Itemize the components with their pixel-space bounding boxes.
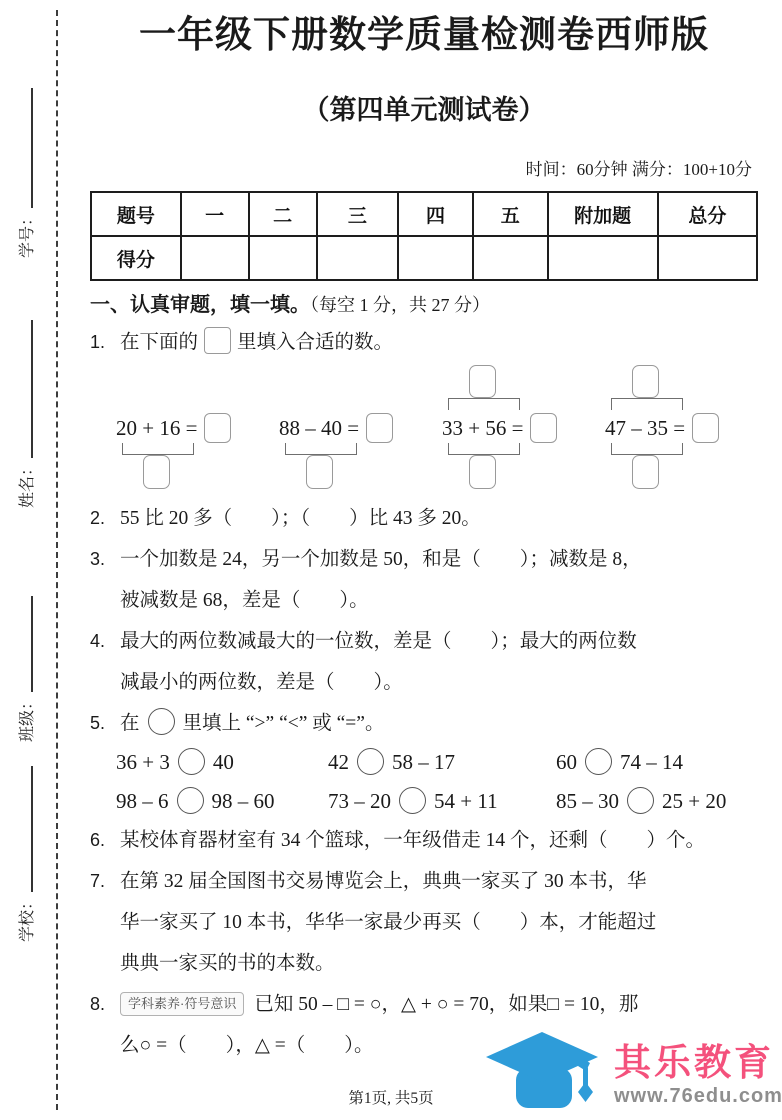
- decompose-brace-bottom: [611, 443, 683, 455]
- question-4-number: 4.: [90, 621, 120, 662]
- score-table: 题号 一 二 三 四 五 附加题 总分 得分: [90, 191, 758, 281]
- decompose-brace-bottom: [448, 443, 520, 455]
- question-3-text-line2: 被减数是 68，差是（ ）。: [90, 580, 758, 621]
- question-7-number: 7.: [90, 861, 120, 902]
- question-3-number: 3.: [90, 539, 120, 580]
- decompose-brace-bottom: [285, 443, 357, 455]
- comparison-left: 60: [556, 750, 577, 774]
- comparison-fill-circle[interactable]: [399, 787, 426, 814]
- class-label: 班级：: [19, 694, 36, 742]
- col-one: 一: [181, 192, 249, 236]
- brand-url: www.76edu.com: [614, 1084, 782, 1108]
- equation-expression: 33 + 56 =: [442, 416, 523, 441]
- question-1-text-post: 里填入合适的数。: [237, 332, 393, 353]
- question-2: 2.55 比 20 多（ ）；（ ）比 43 多 20。: [90, 498, 758, 539]
- question-4-text-line2: 减最小的两位数，差是（ ）。: [90, 662, 758, 703]
- question-1-equations: 20 + 16 = 88 – 40 = 33 + 56 =: [90, 365, 758, 494]
- question-7: 7.在第 32 届全国图书交易博览会上，典典一家买了 30 本书，华: [90, 861, 758, 902]
- name-blank-line[interactable]: [17, 320, 33, 458]
- comparison-item: 6074 – 14: [556, 748, 758, 775]
- decompose-brace-top: [448, 398, 520, 410]
- question-5-number: 5.: [90, 703, 120, 744]
- student-id-label: 学号：: [19, 210, 36, 258]
- sidebar-field-name: 姓名：: [14, 320, 37, 508]
- question-number-label: 题号: [91, 192, 181, 236]
- question-2-number: 2.: [90, 498, 120, 539]
- comparison-right: 54 + 11: [434, 789, 498, 813]
- comparison-fill-circle[interactable]: [178, 748, 205, 775]
- graduation-cap-icon: [486, 1030, 604, 1116]
- paper-subtitle: （第四单元测试卷）: [90, 90, 758, 130]
- school-label: 学校：: [19, 894, 36, 942]
- equation-group-3: 33 + 56 =: [442, 365, 577, 494]
- question-2-text: 55 比 20 多（ ）；（ ）比 43 多 20。: [120, 508, 481, 529]
- fill-box[interactable]: [306, 455, 333, 489]
- section1-heading: 一、认真审题，填一填。（每空 1 分，共 27 分）: [90, 290, 758, 322]
- question-5: 5.在里填上 “>” “<” 或 “=”。: [90, 703, 758, 744]
- competency-badge: 学科素养·符号意识: [120, 992, 244, 1016]
- question-1-text-pre: 在下面的: [120, 332, 198, 353]
- equation-group-1: 20 + 16 =: [116, 365, 251, 494]
- paper-content: 一年级下册数学质量检测卷西师版 （第四单元测试卷） 时间：60分钟 满分：100…: [90, 12, 758, 1066]
- comparison-left: 73 – 20: [328, 789, 391, 813]
- question-4: 4.最大的两位数减最大的一位数，差是（ ）；最大的两位数: [90, 621, 758, 662]
- score-table-header-row: 题号 一 二 三 四 五 附加题 总分: [91, 192, 757, 236]
- score-cell[interactable]: [398, 236, 473, 280]
- decompose-brace-top: [611, 398, 683, 410]
- score-table-score-row: 得分: [91, 236, 757, 280]
- comparison-fill-circle[interactable]: [585, 748, 612, 775]
- equation-expression: 47 – 35 =: [605, 416, 685, 441]
- col-four: 四: [398, 192, 473, 236]
- col-total: 总分: [658, 192, 757, 236]
- section1-points-note: （每空 1 分，共 27 分）: [310, 295, 490, 315]
- question-7-text-line2: 华一家买了 10 本书，华华一家最少再买（ ）本，才能超过: [90, 902, 758, 943]
- score-cell[interactable]: [548, 236, 658, 280]
- comparison-item: 85 – 3025 + 20: [556, 787, 758, 814]
- answer-box[interactable]: [530, 413, 557, 443]
- col-two: 二: [249, 192, 317, 236]
- score-cell[interactable]: [249, 236, 317, 280]
- comparison-left: 98 – 6: [116, 789, 169, 813]
- question-7-text-line1: 在第 32 届全国图书交易博览会上，典典一家买了 30 本书，华: [120, 871, 647, 892]
- student-id-blank-line[interactable]: [17, 88, 33, 208]
- col-three: 三: [317, 192, 399, 236]
- question-5-comparisons: 36 + 340 4258 – 17 6074 – 14 98 – 698 – …: [90, 748, 758, 814]
- equation-expression: 20 + 16 =: [116, 416, 197, 441]
- fill-box[interactable]: [469, 365, 496, 398]
- question-8-number: 8.: [90, 984, 120, 1025]
- comparison-item: 4258 – 17: [328, 748, 556, 775]
- score-cell[interactable]: [317, 236, 399, 280]
- answer-box[interactable]: [366, 413, 393, 443]
- question-3-text-line1: 一个加数是 24，另一个加数是 50，和是（ ）；减数是 8，: [120, 549, 642, 570]
- sidebar-field-school: 学校：: [14, 766, 37, 942]
- equation-expression: 88 – 40 =: [279, 416, 359, 441]
- name-label: 姓名：: [19, 460, 36, 508]
- question-8: 8.学科素养·符号意识已知 50 – □ = ○，△ + ○ = 70，如果□ …: [90, 984, 758, 1025]
- comparison-right: 40: [213, 750, 234, 774]
- comparison-item: 98 – 698 – 60: [116, 787, 328, 814]
- comparison-right: 98 – 60: [212, 789, 275, 813]
- equation-group-2: 88 – 40 =: [279, 365, 414, 494]
- fill-box[interactable]: [469, 455, 496, 489]
- comparison-right: 25 + 20: [662, 789, 726, 813]
- col-bonus: 附加题: [548, 192, 658, 236]
- brand-logo: 其乐教育 www.76edu.com: [486, 1030, 782, 1116]
- paper-title: 一年级下册数学质量检测卷西师版: [90, 12, 758, 60]
- comparison-right: 74 – 14: [620, 750, 683, 774]
- fill-box[interactable]: [632, 455, 659, 489]
- fold-dashed-line: [56, 10, 58, 1110]
- comparison-item: 73 – 2054 + 11: [328, 787, 556, 814]
- question-6: 6.某校体育器材室有 34 个篮球，一年级借走 14 个，还剩（ ）个。: [90, 820, 758, 861]
- col-five: 五: [473, 192, 548, 236]
- school-blank-line[interactable]: [17, 766, 33, 892]
- question-3: 3.一个加数是 24，另一个加数是 50，和是（ ）；减数是 8，: [90, 539, 758, 580]
- inline-fill-circle[interactable]: [148, 708, 175, 735]
- comparison-item: 36 + 340: [116, 748, 328, 775]
- comparison-fill-circle[interactable]: [177, 787, 204, 814]
- question-7-text-line3: 典典一家买的书的本数。: [90, 943, 758, 984]
- score-label: 得分: [91, 236, 181, 280]
- answer-box[interactable]: [204, 413, 231, 443]
- sidebar-field-student-id: 学号：: [14, 88, 37, 258]
- class-blank-line[interactable]: [17, 596, 33, 692]
- question-6-number: 6.: [90, 820, 120, 861]
- question-5-text-post: 里填上 “>” “<” 或 “=”。: [183, 713, 385, 734]
- comparison-fill-circle[interactable]: [357, 748, 384, 775]
- question-8-text-line1: 已知 50 – □ = ○，△ + ○ = 70，如果□ = 10，那: [254, 994, 638, 1015]
- answer-box[interactable]: [692, 413, 719, 443]
- brand-name: 其乐教育: [614, 1042, 782, 1084]
- comparison-left: 36 + 3: [116, 750, 170, 774]
- time-score-meta: 时间：60分钟 满分：100+10分: [90, 158, 758, 182]
- decompose-brace-bottom: [122, 443, 194, 455]
- question-5-text-pre: 在: [120, 713, 140, 734]
- question-1: 1.在下面的里填入合适的数。: [90, 322, 758, 363]
- score-cell[interactable]: [181, 236, 249, 280]
- inline-fill-box[interactable]: [204, 327, 231, 354]
- sidebar-field-class: 班级：: [14, 596, 37, 742]
- fill-box[interactable]: [632, 365, 659, 398]
- section1-title: 一、认真审题，填一填。: [90, 294, 310, 316]
- comparison-fill-circle[interactable]: [627, 787, 654, 814]
- question-4-text-line1: 最大的两位数减最大的一位数，差是（ ）；最大的两位数: [120, 631, 637, 652]
- fill-box[interactable]: [143, 455, 170, 489]
- brand-texts: 其乐教育 www.76edu.com: [614, 1042, 782, 1108]
- comparison-left: 85 – 30: [556, 789, 619, 813]
- question-1-number: 1.: [90, 322, 120, 363]
- question-6-text: 某校体育器材室有 34 个篮球，一年级借走 14 个，还剩（ ）个。: [120, 830, 705, 851]
- comparison-right: 58 – 17: [392, 750, 455, 774]
- comparison-left: 42: [328, 750, 349, 774]
- score-cell[interactable]: [658, 236, 757, 280]
- score-cell[interactable]: [473, 236, 548, 280]
- equation-group-4: 47 – 35 =: [605, 365, 740, 494]
